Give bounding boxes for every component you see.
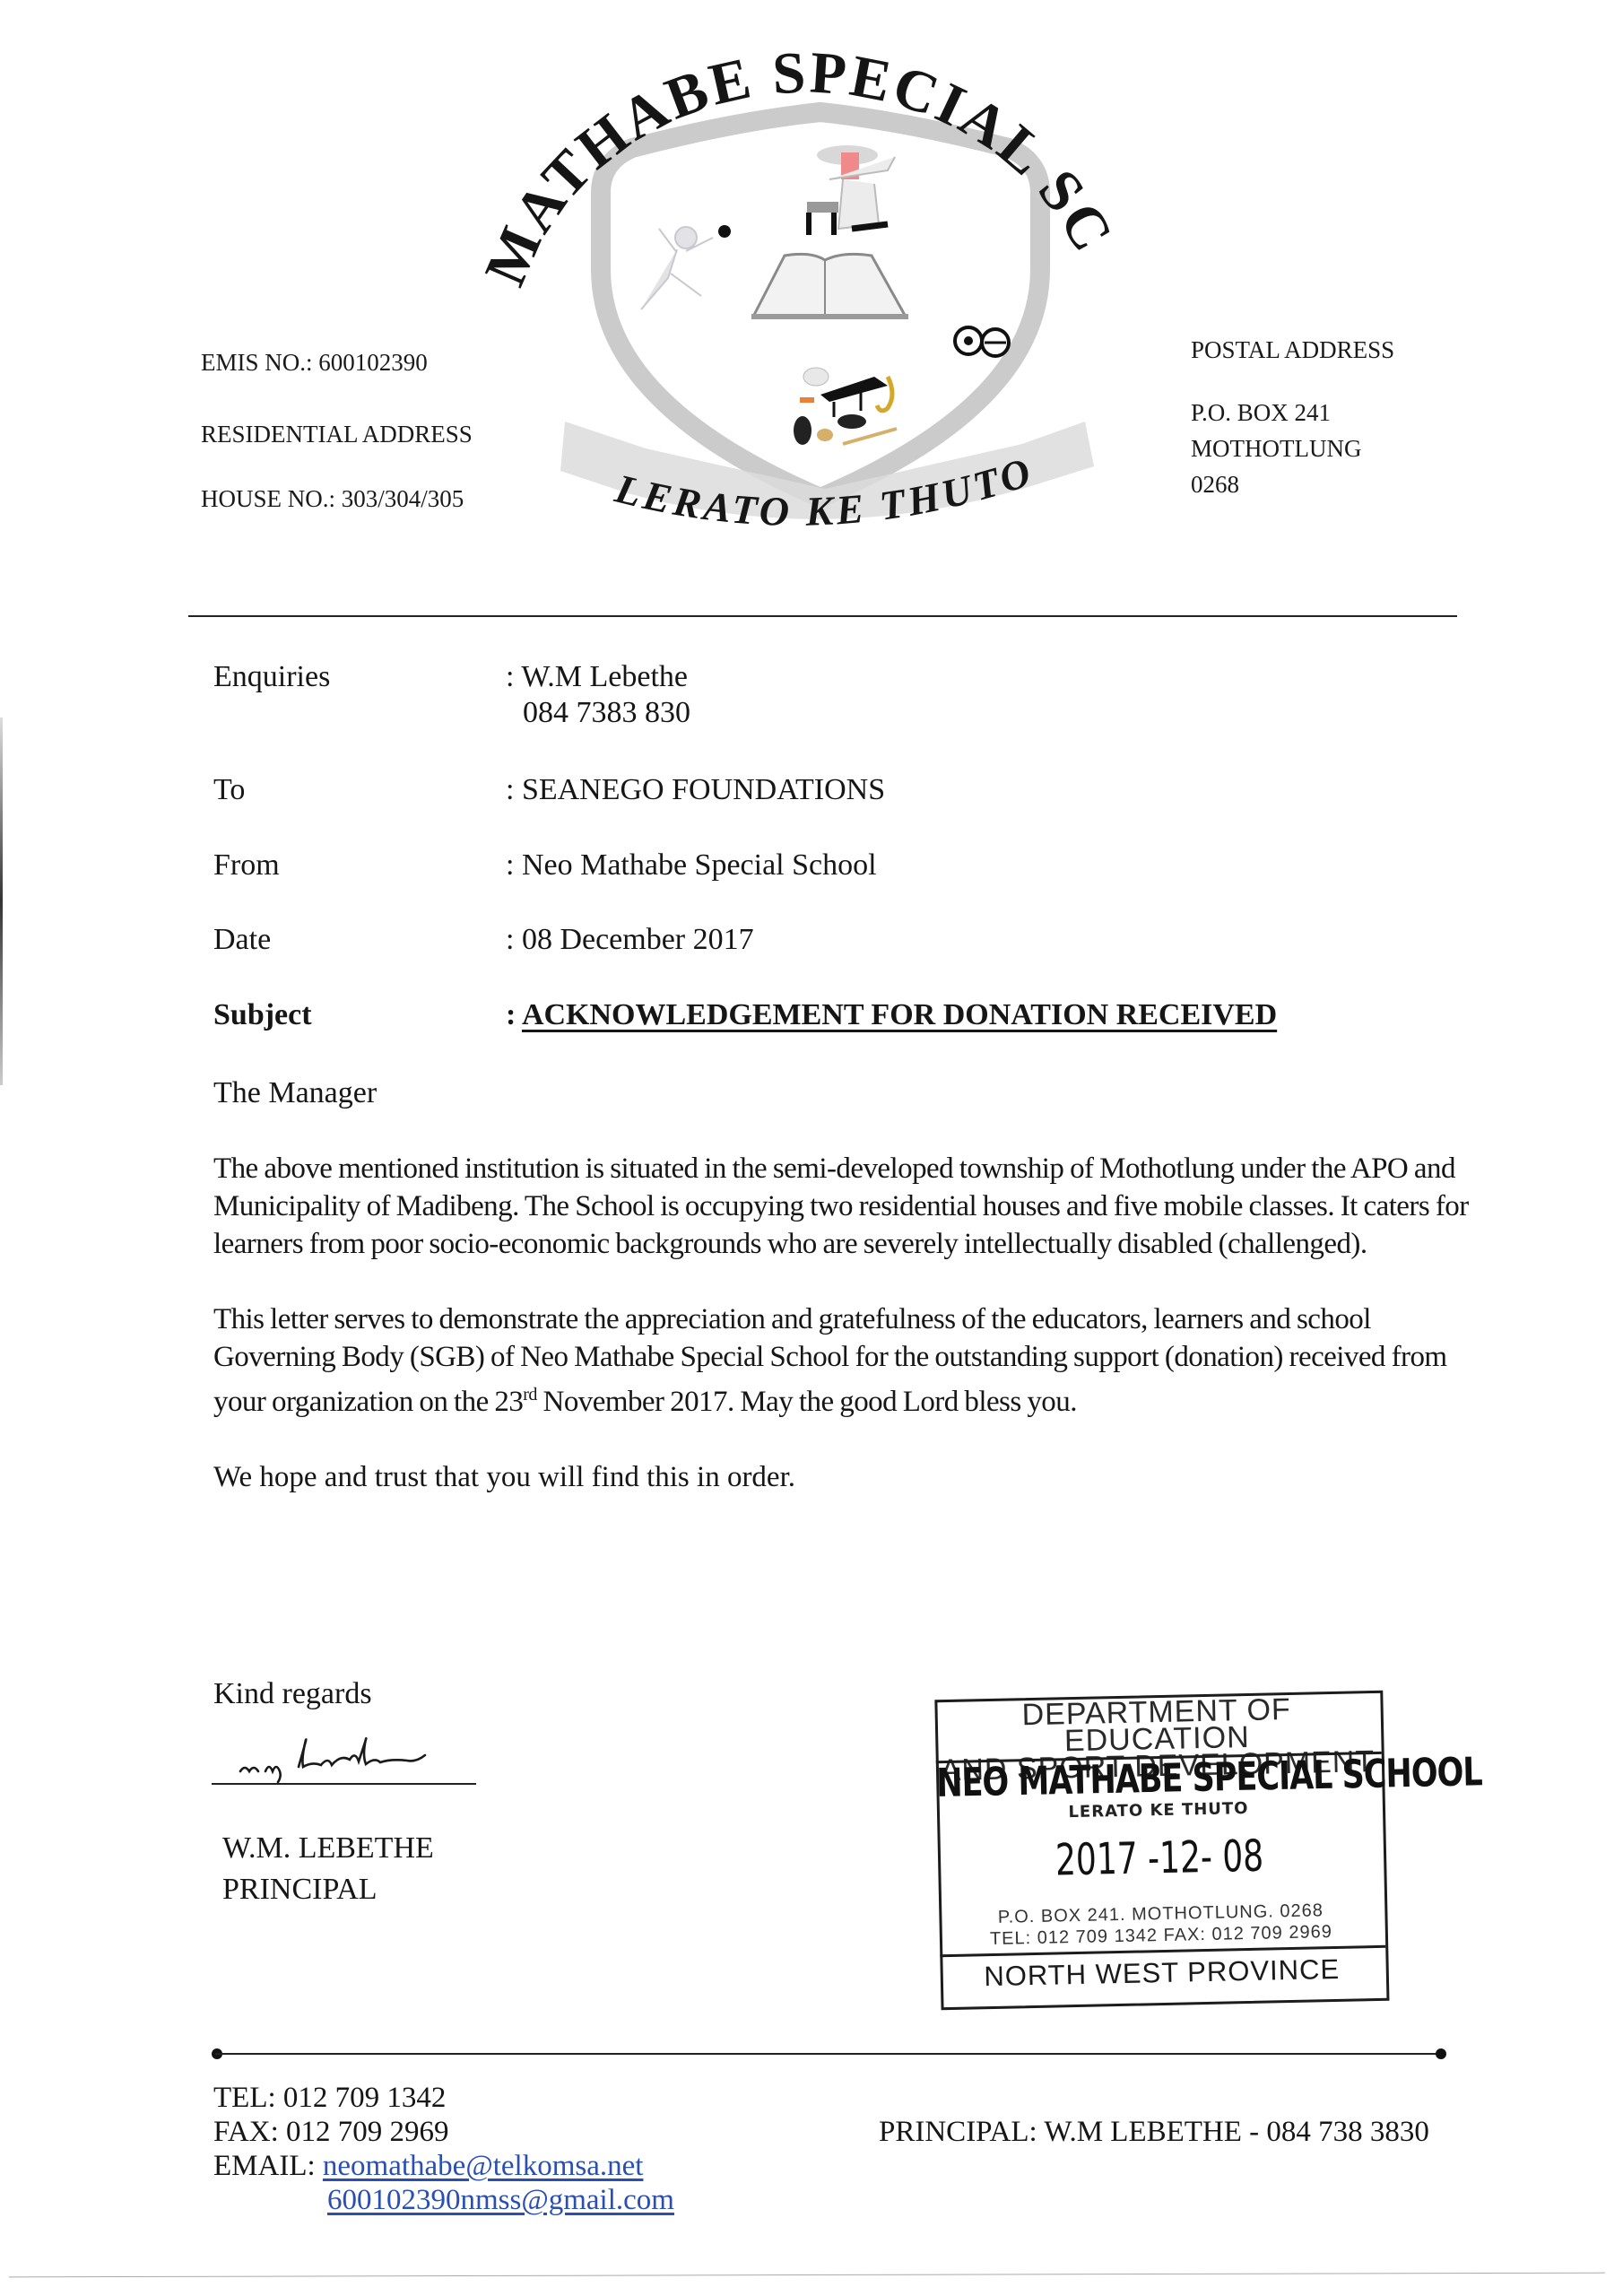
salutation: The Manager — [213, 1074, 377, 1112]
meta-label-from: From — [213, 850, 280, 881]
header-divider — [188, 615, 1457, 617]
sports-balls-icon — [955, 327, 1009, 356]
house-number: HOUSE NO.: 303/304/305 — [201, 487, 464, 511]
footer-divider-right-dot — [1436, 2048, 1446, 2059]
footer-fax: FAX: 012 709 2969 — [213, 2115, 674, 2149]
signature-line — [212, 1783, 476, 1785]
postal-code: 0268 — [1191, 473, 1394, 497]
paragraph-2: This letter serves to demonstrate the ap… — [213, 1300, 1487, 1421]
meta-value-subject: : ACKNOWLEDGEMENT FOR DONATION RECEIVED — [506, 1000, 1277, 1031]
postal-town: MOTHOTLUNG — [1191, 437, 1394, 461]
school-crest-logo: NEO MATHABE SPECIAL SCHOOL LERATO KE THU… — [466, 0, 1184, 574]
signer-name: W.M. LEBETHE — [222, 1828, 434, 1869]
scan-edge-bottom — [9, 2273, 1605, 2278]
signature: w.m Lebethe — [213, 1731, 482, 1785]
stamp-date: 2017 -12- 08 — [938, 1830, 1382, 1889]
meta-label-enquiries: Enquiries — [213, 662, 330, 692]
handwritten-signature-icon — [213, 1731, 482, 1785]
teacher-figure-icon — [807, 145, 895, 235]
footer-email-row-2: 600102390nmss@gmail.com — [213, 2183, 674, 2217]
residential-address-label: RESIDENTIAL ADDRESS — [201, 422, 473, 447]
crest-arc-title: NEO MATHABE SPECIAL SCHOOL — [466, 0, 1126, 295]
meta-value-to: : SEANEGO FOUNDATIONS — [506, 775, 885, 805]
closing: Kind regards — [213, 1674, 372, 1715]
paragraph-2-after: November 2017. May the good Lord bless y… — [537, 1386, 1077, 1418]
email-link-telkomsa[interactable]: neomathabe@telkomsa.net — [323, 2150, 644, 2182]
scan-edge-left — [0, 717, 3, 1085]
official-stamp: DEPARTMENT OF EDUCATION AND SPORT DEVELO… — [934, 1691, 1389, 2018]
musical-instruments-icon — [794, 368, 897, 445]
footer-email-label: EMAIL: — [213, 2150, 323, 2182]
signer-title: PRINCIPAL — [222, 1869, 378, 1910]
footer-contact-block: TEL: 012 709 1342 FAX: 012 709 2969 EMAI… — [213, 2081, 674, 2217]
emis-number: EMIS NO.: 600102390 — [201, 351, 428, 375]
postal-address-heading: POSTAL ADDRESS — [1191, 338, 1394, 362]
footer-email-row-1: EMAIL: neomathabe@telkomsa.net — [213, 2149, 674, 2183]
meta-value-date: : 08 December 2017 — [506, 925, 754, 955]
meta-value-from: : Neo Mathabe Special School — [506, 850, 877, 881]
po-box: P.O. BOX 241 — [1191, 401, 1394, 425]
meta-label-to: To — [213, 775, 245, 805]
meta-label-subject: Subject — [213, 1000, 312, 1031]
subject-prefix: : — [506, 998, 522, 1031]
meta-label-date: Date — [213, 925, 271, 955]
meta-value-enquiries: : W.M Lebethe — [506, 662, 688, 692]
meta-value-enquiries-phone: 084 7383 830 — [523, 698, 690, 728]
letter-body: The above mentioned institution is situa… — [213, 1150, 1487, 1496]
email-link-gmail[interactable]: 600102390nmss@gmail.com — [327, 2184, 674, 2216]
header-right-block: POSTAL ADDRESS P.O. BOX 241 MOTHOTLUNG 0… — [1191, 338, 1394, 497]
footer-principal-contact: PRINCIPAL: W.M LEBETHE - 084 738 3830 — [879, 2115, 1429, 2149]
paragraph-1: The above mentioned institution is situa… — [213, 1150, 1487, 1263]
ordinal-suffix: rd — [523, 1385, 537, 1405]
paragraph-3: We hope and trust that you will find thi… — [213, 1458, 1487, 1496]
running-athlete-icon — [641, 225, 731, 309]
open-book-icon — [751, 254, 908, 319]
footer-tel: TEL: 012 709 1342 — [213, 2081, 674, 2115]
footer-divider — [215, 2053, 1444, 2055]
subject-text: ACKNOWLEDGEMENT FOR DONATION RECEIVED — [522, 998, 1277, 1031]
